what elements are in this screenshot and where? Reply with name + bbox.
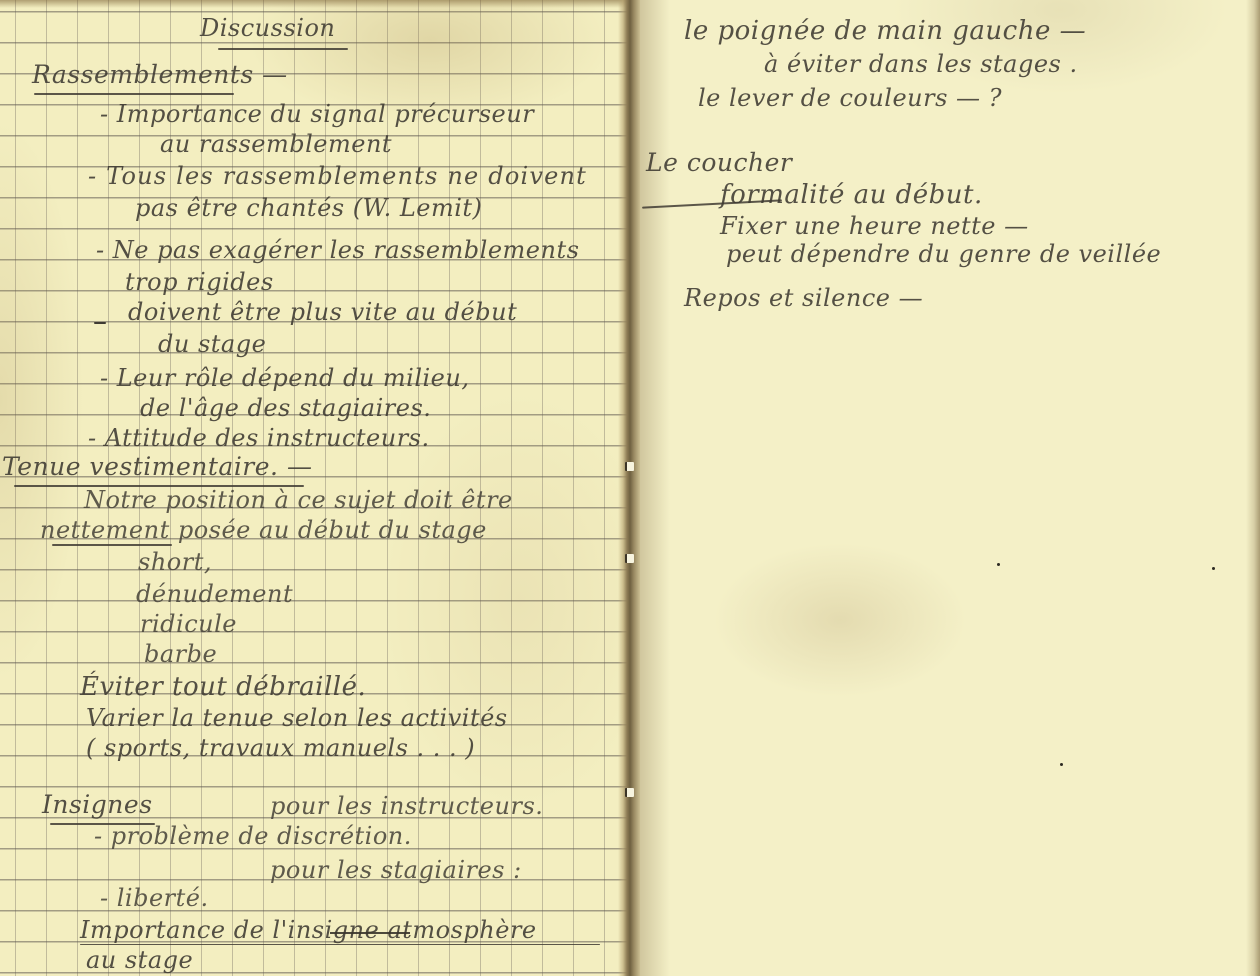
note-line: nettement posée au début du stage (40, 516, 487, 544)
note-line: trop rigides (125, 268, 274, 296)
left-page-grid: Discussion Rassemblements — - Importance… (0, 0, 632, 976)
note-line: Repos et silence — (684, 284, 923, 312)
note-line: ( sports, travaux manuels . . . ) (86, 734, 475, 762)
note-line: Fixer une heure nette — (720, 212, 1029, 240)
note-line: - Leur rôle dépend du milieu, (100, 364, 469, 392)
note-line: pour les instructeurs. (270, 792, 543, 820)
note-line: ridicule (140, 610, 237, 638)
note-line: de l'âge des stagiaires. (140, 394, 431, 422)
note-line: - Attitude des instructeurs. (88, 424, 430, 452)
section-heading-insignes: Insignes (42, 790, 153, 819)
note-line: formalité au début. (720, 180, 983, 210)
binding-hole (625, 788, 634, 797)
note-line: pas être chantés (W. Lemit) (135, 194, 482, 222)
note-line: dénudement (136, 580, 293, 608)
note-line: Éviter tout débraillé. (80, 672, 366, 702)
notebook-spread: Discussion Rassemblements — - Importance… (0, 0, 1260, 976)
strikethrough (330, 932, 410, 934)
note-line: - Tous les rassemblements ne doivent (88, 162, 587, 190)
section-heading-le-coucher: Le coucher (646, 148, 792, 177)
note-line: à éviter dans les stages . (764, 50, 1078, 78)
note-line: - problème de discrétion. (94, 822, 412, 850)
note-line: le poignée de main gauche — (684, 16, 1086, 46)
heading-underline (34, 93, 234, 95)
note-line: Notre position à ce sujet doit être (84, 486, 513, 514)
note-line: Varier la tenue selon les activités (86, 704, 508, 732)
note-line: - liberté. (100, 884, 209, 912)
emphasis-underline (80, 944, 600, 945)
note-line: le lever de couleurs — ? (698, 84, 1002, 112)
note-line: Importance de l'insigne atmosphère (80, 916, 537, 944)
note-line: peut dépendre du genre de veillée (726, 240, 1161, 268)
note-line: pour les stagiaires : (270, 856, 522, 884)
note-line: au rassemblement (160, 130, 392, 158)
section-heading-tenue: Tenue vestimentaire. — (2, 452, 312, 481)
paper-speck (1060, 763, 1063, 766)
page-title: Discussion (200, 14, 335, 42)
note-line: short, (138, 548, 212, 576)
emphasis-underline (52, 544, 172, 546)
bullet-dash (94, 322, 106, 324)
note-line: - Importance du signal précurseur (100, 100, 534, 128)
section-heading-rassemblements: Rassemblements — (32, 60, 288, 89)
note-line: du stage (158, 330, 266, 358)
paper-speck (1212, 567, 1215, 570)
note-line: barbe (144, 640, 217, 668)
right-page-plain: le poignée de main gauche — à éviter dan… (640, 0, 1260, 976)
title-underline (218, 48, 348, 50)
binding-hole (625, 554, 634, 563)
note-line: au stage (86, 946, 193, 974)
note-line: doivent être plus vite au début (128, 298, 517, 326)
paper-speck (997, 563, 1000, 566)
binding-hole (625, 462, 634, 471)
note-line: - Ne pas exagérer les rassemblements (96, 236, 579, 264)
